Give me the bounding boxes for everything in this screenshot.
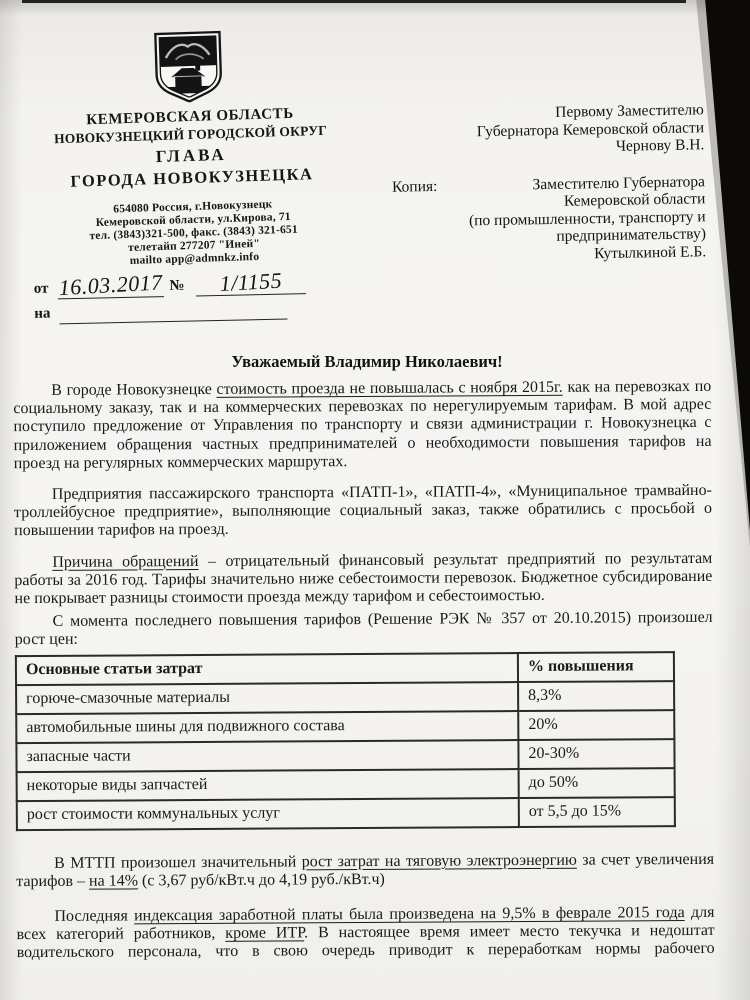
text-segment: В городе Новокузнецке: [51, 381, 216, 399]
table-row: автомобильные шины для подвижного состав…: [16, 710, 674, 743]
scan-top-edge-artifact: [22, 0, 686, 3]
text-segment: С момента последнего повышения тарифов (…: [15, 609, 713, 648]
table-row: некоторые виды запчастей до 50%: [17, 768, 675, 801]
underlined-text: индексация заработной платы была произве…: [134, 904, 685, 924]
cost-item-cell: некоторые виды запчастей: [17, 769, 519, 801]
percent-cell: 8,3%: [518, 681, 674, 711]
text-segment: Предприятия пассажирского транспорта «ПА…: [14, 482, 712, 540]
outgoing-ref-line: от 16.03.2017 № 1/1155: [34, 271, 306, 300]
percent-cell: 20%: [518, 710, 674, 740]
letterhead-address: 654080 Россия, г.Новокузнецк Кемеровской…: [37, 196, 351, 271]
reference-block: от 16.03.2017 № 1/1155 на: [34, 271, 307, 325]
text-segment: (с 3,67 руб/кВт.ч до 4,19 руб./кВт.ч): [138, 871, 385, 890]
from-label: от: [34, 281, 49, 300]
text-segment: Последняя: [54, 907, 134, 924]
handwritten-date: 16.03.2017: [58, 272, 163, 298]
salutation: Уважаемый Владимир Николаевич!: [0, 352, 734, 372]
underlined-text: на 14%: [89, 872, 138, 889]
cost-increase-table: Основные статьи затрат % повышения горюч…: [15, 651, 676, 831]
letter-body: В городе Новокузнецке стоимость проезда …: [13, 378, 715, 976]
cost-item-cell: горюче-смазочные материалы: [16, 682, 518, 714]
underlined-text: Причина обращений: [52, 553, 198, 571]
number-underline: 1/1155: [195, 271, 305, 296]
handwritten-number: 1/1155: [219, 271, 283, 294]
paragraph-4: С момента последнего повышения тарифов (…: [15, 609, 713, 650]
column-header-percent: % повышения: [518, 652, 674, 682]
underlined-text: рост затрат на тяговую электроэнергию: [302, 851, 577, 870]
reply-label: на: [34, 306, 51, 325]
novokuznetsk-coat-of-arms-icon: [152, 29, 224, 105]
copy-label: Копия:: [392, 177, 438, 195]
reply-underline: [59, 300, 287, 325]
date-underline: 16.03.2017: [57, 274, 163, 299]
scanned-letter-page: КЕМЕРОВСКАЯ ОБЛАСТЬ НОВОКУЗНЕЦКИЙ ГОРОДС…: [0, 0, 750, 1000]
paragraph-6: Последняя индексация заработной платы бы…: [16, 904, 714, 963]
incoming-ref-line: на: [34, 299, 306, 325]
percent-cell: до 50%: [519, 768, 675, 798]
column-header-costs: Основные статьи затрат: [16, 653, 518, 685]
recipient-block: Первому Заместителю Губернатора Кемеровс…: [391, 101, 707, 265]
number-sign: №: [163, 278, 186, 297]
text-segment: В МТТП произошел значительный: [54, 853, 302, 872]
table-row: запасные части 20-30%: [16, 739, 674, 772]
paragraph-2: Предприятия пассажирского транспорта «ПА…: [14, 482, 712, 541]
cost-item-cell: автомобильные шины для подвижного состав…: [16, 711, 518, 743]
table-row: рост стоимости коммунальных услуг от 5,5…: [17, 797, 675, 830]
percent-cell: от 5,5 до 15%: [519, 797, 675, 827]
cost-item-cell: запасные части: [16, 740, 518, 772]
paragraph-3: Причина обращений – отрицательный финанс…: [14, 549, 712, 608]
table-row: горюче-смазочные материалы 8,3%: [16, 681, 674, 714]
table-header-row: Основные статьи затрат % повышения: [16, 652, 674, 685]
paragraph-1: В городе Новокузнецке стоимость проезда …: [13, 378, 712, 473]
paragraph-5: В МТТП произошел значительный рост затра…: [16, 851, 714, 892]
underlined-text: кроме ИТР: [225, 925, 304, 942]
percent-cell: 20-30%: [518, 739, 674, 769]
cost-item-cell: рост стоимости коммунальных услуг: [17, 798, 519, 830]
underlined-text: стоимость проезда не повышалась с ноября…: [216, 379, 562, 398]
letterhead-block: КЕМЕРОВСКАЯ ОБЛАСТЬ НОВОКУЗНЕЦКИЙ ГОРОДС…: [31, 25, 350, 271]
